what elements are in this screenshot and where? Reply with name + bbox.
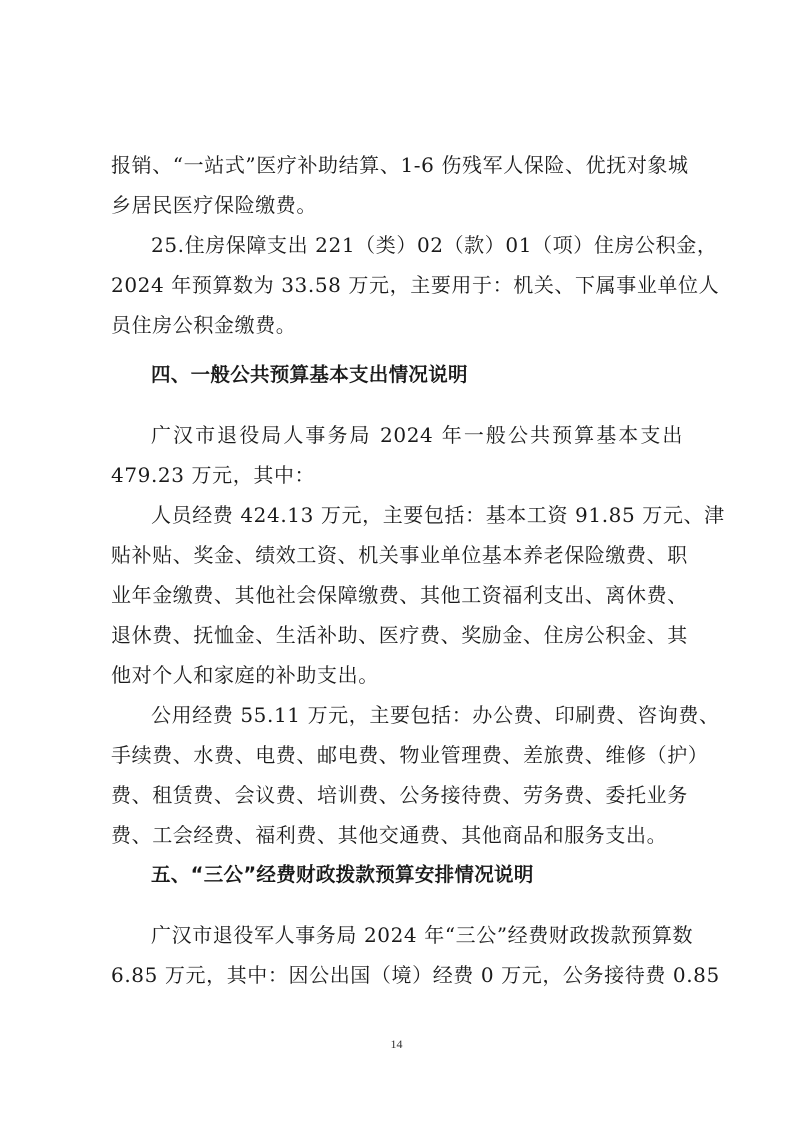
paragraph-line: 费、租赁费、会议费、培训费、公务接待费、劳务费、委托业务 bbox=[111, 782, 683, 808]
paragraph-line: 报销、“一站式”医疗补助结算、1-6 伤残军人保险、优抚对象城 bbox=[111, 152, 683, 178]
paragraph-line: 公用经费 55.11 万元，主要包括：办公费、印刷费、咨询费、 bbox=[111, 702, 683, 728]
paragraph-line: 手续费、水费、电费、邮电费、物业管理费、差旅费、维修（护） bbox=[111, 742, 683, 768]
paragraph-line: 25.住房保障支出 221（类）02（款）01（项）住房公积金， bbox=[111, 232, 683, 258]
paragraph-line: 费、工会经费、福利费、其他交通费、其他商品和服务支出。 bbox=[111, 822, 683, 848]
section-heading-4: 四、一般公共预算基本支出情况说明 bbox=[111, 362, 683, 388]
page-number: 14 bbox=[0, 1037, 793, 1052]
paragraph-line: 479.23 万元，其中： bbox=[111, 462, 683, 488]
paragraph-line: 人员经费 424.13 万元，主要包括：基本工资 91.85 万元、津 bbox=[111, 502, 683, 528]
section-heading-5: 五、“三公”经费财政拨款预算安排情况说明 bbox=[111, 862, 683, 888]
paragraph-line: 乡居民医疗保险缴费。 bbox=[111, 192, 683, 218]
paragraph-line: 6.85 万元，其中：因公出国（境）经费 0 万元，公务接待费 0.85 bbox=[111, 962, 683, 988]
paragraph-line: 退休费、抚恤金、生活补助、医疗费、奖励金、住房公积金、其 bbox=[111, 622, 683, 648]
paragraph-line: 贴补贴、奖金、绩效工资、机关事业单位基本养老保险缴费、职 bbox=[111, 542, 683, 568]
paragraph-line: 广汉市退役局人事务局 2024 年一般公共预算基本支出 bbox=[111, 422, 683, 448]
paragraph-line: 业年金缴费、其他社会保障缴费、其他工资福利支出、离休费、 bbox=[111, 582, 683, 608]
paragraph-line: 他对个人和家庭的补助支出。 bbox=[111, 662, 683, 688]
paragraph-line: 2024 年预算数为 33.58 万元，主要用于：机关、下属事业单位人 bbox=[111, 272, 683, 298]
paragraph-line: 员住房公积金缴费。 bbox=[111, 312, 683, 338]
paragraph-line: 广汉市退役军人事务局 2024 年“三公”经费财政拨款预算数 bbox=[111, 922, 683, 948]
